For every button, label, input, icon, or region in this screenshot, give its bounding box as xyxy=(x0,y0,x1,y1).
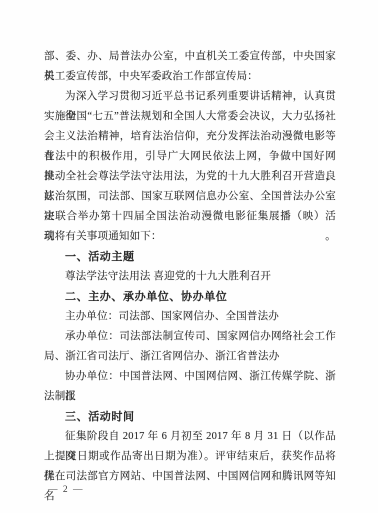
document-page: 部、委、办、局普法办公室，中直机关工委宣传部，中央国家机 关工委宣传部，中央军委… xyxy=(0,0,378,513)
text-line: 征集阶段自 2017 年 6 月初至 2017 年 8 月 31 日（以作品网 xyxy=(44,427,336,447)
text-line: 上提交日期或作品寄出日期为准）。评审结束后，获奖作品将择 xyxy=(44,447,336,467)
text-line: 法治氛围，司法部、国家互联网信息办公室、全国普法办公室决 xyxy=(44,187,336,207)
section-heading-2: 二、主办、承办单位、协办单位 xyxy=(44,287,336,307)
text-line: 会主义法治精神，培育法治信仰，充分发挥法治动漫微电影等在 xyxy=(44,127,336,147)
text-line: 承办单位：司法部法制宣传司、国家网信办网络社会工作 xyxy=(44,327,336,347)
text-line: 定联合举办第十四届全国法治动漫微电影征集展播（映）活动。 xyxy=(44,207,336,227)
page-number: — 2 — xyxy=(48,485,84,495)
text-line: 为深入学习贯彻习近平总书记系列重要讲话精神，认真贯彻 xyxy=(44,87,336,107)
text-line: 实施全国“七五”普法规划和全国人大常委会决议，大力弘扬社 xyxy=(44,107,336,127)
section-heading-3: 三、活动时间 xyxy=(44,407,336,427)
text-line: 协办单位：中国普法网、中国网信网、浙江传媒学院、浙江 xyxy=(44,367,336,387)
text-line: 优在司法部官方网站、中国普法网、中国网信网和腾讯网等知名 xyxy=(44,467,336,487)
document-body: 部、委、办、局普法办公室，中直机关工委宣传部，中央国家机 关工委宣传部，中央军委… xyxy=(44,47,336,487)
text-line: 法制报 xyxy=(44,387,336,407)
text-line: 尊法学法守法用法 喜迎党的十九大胜利召开 xyxy=(44,267,336,287)
text-line: 部、委、办、局普法办公室，中直机关工委宣传部，中央国家机 xyxy=(44,47,336,67)
text-line: 主办单位：司法部、国家网信办、全国普法办 xyxy=(44,307,336,327)
text-line: 局、浙江省司法厅、浙江省网信办、浙江省普法办 xyxy=(44,347,336,367)
text-line: 推动全社会尊法学法守法用法，为党的十九大胜利召开营造良好 xyxy=(44,167,336,187)
text-line: 关工委宣传部，中央军委政治工作部宣传局： xyxy=(44,67,336,87)
section-heading-1: 一、活动主题 xyxy=(44,247,336,267)
text-line: 普法中的积极作用，引导广大网民依法上网，争做中国好网民， xyxy=(44,147,336,167)
